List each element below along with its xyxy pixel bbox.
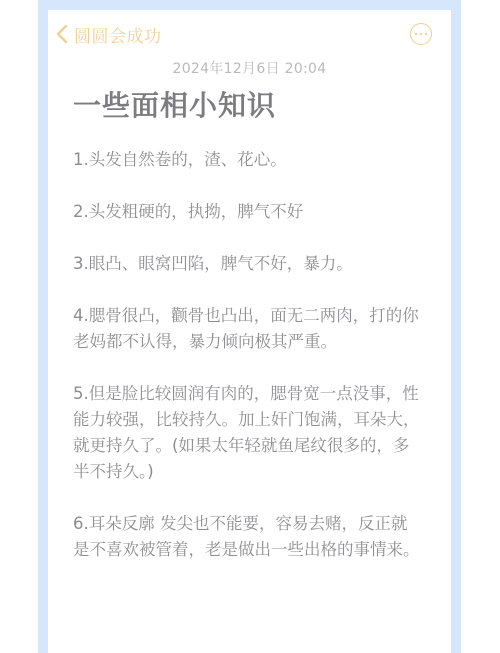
note-paragraph: 4.腮骨很凸，颧骨也凸出，面无二两肉，打的你老妈都不认得，暴力倾向极其严重。	[73, 303, 421, 355]
note-paragraph: 6.耳朵反廓 发尖也不能要，容易去赌，反正就是不喜欢被管着，老是做出一些出格的事…	[73, 511, 421, 563]
ellipsis-dot	[425, 33, 428, 36]
note-body[interactable]: 1.头发自然卷的，渣、花心。 2.头发粗硬的，执拗，脾气不好 3.眼凸、眼窝凹陷…	[73, 147, 421, 589]
back-button[interactable]: 圆圆会成功	[56, 22, 162, 46]
note-paragraph: 1.头发自然卷的，渣、花心。	[73, 147, 421, 173]
more-options-button[interactable]	[410, 23, 432, 45]
note-card: 圆圆会成功 2024年12月6日 20:04 一些面相小知识 1.头发自然卷的，…	[48, 10, 451, 653]
note-timestamp: 2024年12月6日 20:04	[48, 58, 451, 78]
note-paragraph: 2.头发粗硬的，执拗，脾气不好	[73, 199, 421, 225]
chevron-left-icon	[56, 24, 68, 44]
note-title: 一些面相小知识	[73, 84, 276, 124]
note-paragraph: 5.但是脸比较圆润有肉的，腮骨宽一点没事，性能力较强，比较持久。加上奸门饱满，耳…	[73, 381, 421, 485]
nav-bar: 圆圆会成功	[48, 10, 451, 58]
note-paragraph: 3.眼凸、眼窝凹陷，脾气不好，暴力。	[73, 251, 421, 277]
back-label: 圆圆会成功	[74, 22, 162, 47]
ellipsis-dot	[420, 33, 423, 36]
ellipsis-circle-icon	[415, 33, 418, 36]
